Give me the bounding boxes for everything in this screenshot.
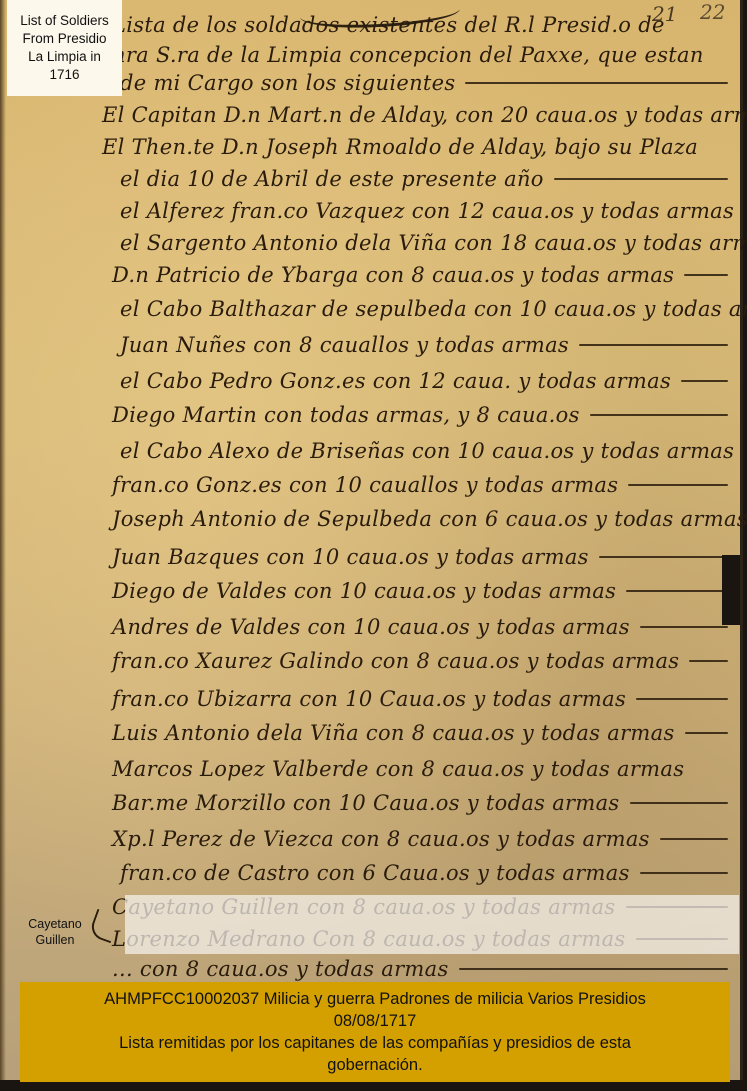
page-tear (722, 555, 740, 625)
line-filler-dash (599, 556, 728, 558)
manuscript-line-text: Lista de los soldados existentes del R.l… (112, 13, 665, 37)
manuscript-line-text: El Then.te D.n Joseph Rmoaldo de Alday, … (102, 135, 698, 159)
manuscript-line-text: Luis Antonio dela Viña con 8 caua.os y t… (112, 721, 675, 745)
manuscript-line: el dia 10 de Abril de este presente año (120, 162, 728, 196)
manuscript-line: Joseph Antonio de Sepulbeda con 6 caua.o… (112, 502, 728, 536)
manuscript-line-text: el Cabo Alexo de Briseñas con 10 caua.os… (120, 439, 734, 463)
manuscript-line: fran.co de Castro con 6 Caua.os y todas … (120, 856, 728, 890)
line-filler-dash (459, 968, 728, 970)
line-filler-dash (554, 178, 728, 180)
line-filler-dash (684, 274, 728, 276)
manuscript-line-text: Marcos Lopez Valberde con 8 caua.os y to… (112, 757, 684, 781)
manuscript-line-text: Joseph Antonio de Sepulbeda con 6 caua.o… (112, 507, 747, 531)
manuscript-line-text: fran.co Ubizarra con 10 Caua.os y todas … (112, 687, 626, 711)
manuscript-line-text: el dia 10 de Abril de este presente año (120, 167, 544, 191)
manuscript-line: Xp.l Perez de Viezca con 8 caua.os y tod… (112, 822, 728, 856)
line-filler-dash (636, 698, 728, 700)
manuscript-line: el Cabo Alexo de Briseñas con 10 caua.os… (120, 434, 728, 468)
line-filler-dash (626, 590, 728, 592)
manuscript-line: de mi Cargo son los siguientes (120, 66, 728, 100)
title-label-line: 1716 (49, 66, 79, 84)
annotation-line: Guillen (20, 932, 90, 948)
manuscript-line: el Alferez fran.co Vazquez con 12 caua.o… (120, 194, 728, 228)
manuscript-line-text: fran.co Xaurez Galindo con 8 caua.os y t… (112, 649, 679, 673)
manuscript-line: Juan Nuñes con 8 cauallos y todas armas (120, 328, 728, 362)
manuscript-line-text: Andres de Valdes con 10 caua.os y todas … (112, 615, 630, 639)
line-filler-dash (465, 82, 728, 84)
manuscript-line-text: de mi Cargo son los siguientes (120, 71, 455, 95)
manuscript-line: El Capitan D.n Mart.n de Alday, con 20 c… (102, 98, 728, 132)
manuscript-line: Andres de Valdes con 10 caua.os y todas … (112, 610, 728, 644)
manuscript-line: el Cabo Balthazar de sepulbeda con 10 ca… (120, 292, 728, 326)
manuscript-line: Lista de los soldados existentes del R.l… (112, 8, 728, 42)
manuscript-line: Marcos Lopez Valberde con 8 caua.os y to… (112, 752, 728, 786)
manuscript-line: fran.co Xaurez Galindo con 8 caua.os y t… (112, 644, 728, 678)
line-filler-dash (689, 660, 728, 662)
name-annotation: Cayetano Guillen (20, 916, 90, 948)
manuscript-line: fran.co Ubizarra con 10 Caua.os y todas … (112, 682, 728, 716)
highlight-overlay (125, 895, 739, 954)
line-filler-dash (630, 802, 729, 804)
manuscript-line-text: el Cabo Pedro Gonz.es con 12 caua. y tod… (120, 369, 671, 393)
manuscript-line-text: Diego Martin con todas armas, y 8 caua.o… (112, 403, 580, 427)
manuscript-line: Luis Antonio dela Viña con 8 caua.os y t… (112, 716, 728, 750)
manuscript-line: Diego Martin con todas armas, y 8 caua.o… (112, 398, 728, 432)
line-filler-dash (685, 732, 728, 734)
manuscript-line: Bar.me Morzillo con 10 Caua.os y todas a… (112, 786, 728, 820)
manuscript-line-text: fran.co de Castro con 6 Caua.os y todas … (120, 861, 630, 885)
title-label-line: From Presidio (22, 30, 106, 48)
caption-date: 08/08/1717 (294, 1010, 457, 1032)
manuscript-line-text: el Cabo Balthazar de sepulbeda con 10 ca… (120, 297, 747, 321)
manuscript-line: el Sargento Antonio dela Viña con 18 cau… (120, 226, 728, 260)
manuscript-line: D.n Patricio de Ybarga con 8 caua.os y t… (112, 258, 728, 292)
manuscript-line-text: Juan Nuñes con 8 cauallos y todas armas (120, 333, 569, 357)
annotation-line: Cayetano (20, 916, 90, 932)
line-filler-dash (590, 414, 728, 416)
manuscript-line-text: Juan Bazques con 10 caua.os y todas arma… (112, 545, 589, 569)
line-filler-dash (579, 344, 728, 346)
manuscript-line: Juan Bazques con 10 caua.os y todas arma… (112, 540, 728, 574)
title-label: List of Soldiers From Presidio La Limpia… (7, 0, 122, 96)
archive-caption: AHMPFCC10002037 Milicia y guerra Padrone… (20, 982, 730, 1082)
manuscript-line-text: Diego de Valdes con 10 caua.os y todas a… (112, 579, 616, 603)
title-label-line: La Limpia in (28, 48, 101, 66)
line-filler-dash (640, 626, 728, 628)
manuscript-line-text: Xp.l Perez de Viezca con 8 caua.os y tod… (112, 827, 650, 851)
manuscript-line-text: Bar.me Morzillo con 10 Caua.os y todas a… (112, 791, 620, 815)
manuscript-line: el Cabo Pedro Gonz.es con 12 caua. y tod… (120, 364, 728, 398)
caption-description: Lista remitidas por los capitanes de las… (79, 1032, 671, 1054)
manuscript-line: fran.co Gonz.es con 10 cauallos y todas … (112, 468, 728, 502)
manuscript-line-text: D.n Patricio de Ybarga con 8 caua.os y t… (112, 263, 674, 287)
manuscript-line: El Then.te D.n Joseph Rmoaldo de Alday, … (102, 130, 728, 164)
caption-reference: AHMPFCC10002037 Milicia y guerra Padrone… (64, 988, 686, 1010)
manuscript-line-text: El Capitan D.n Mart.n de Alday, con 20 c… (102, 103, 747, 127)
manuscript-line-text: el Sargento Antonio dela Viña con 18 cau… (120, 231, 747, 255)
manuscript-line: ... con 8 caua.os y todas armas (112, 952, 728, 986)
line-filler-dash (640, 872, 728, 874)
caption-description-cont: gobernación. (287, 1054, 462, 1076)
manuscript-line-text: nra S.ra de la Limpia concepcion del Pax… (112, 43, 704, 67)
line-filler-dash (681, 380, 728, 382)
manuscript-line-text: fran.co Gonz.es con 10 cauallos y todas … (112, 473, 618, 497)
line-filler-dash (660, 838, 728, 840)
title-label-line: List of Soldiers (20, 12, 109, 30)
manuscript-line-text: el Alferez fran.co Vazquez con 12 caua.o… (120, 199, 734, 223)
manuscript-line: Diego de Valdes con 10 caua.os y todas a… (112, 574, 728, 608)
manuscript-line-text: ... con 8 caua.os y todas armas (112, 957, 449, 981)
line-filler-dash (628, 484, 728, 486)
